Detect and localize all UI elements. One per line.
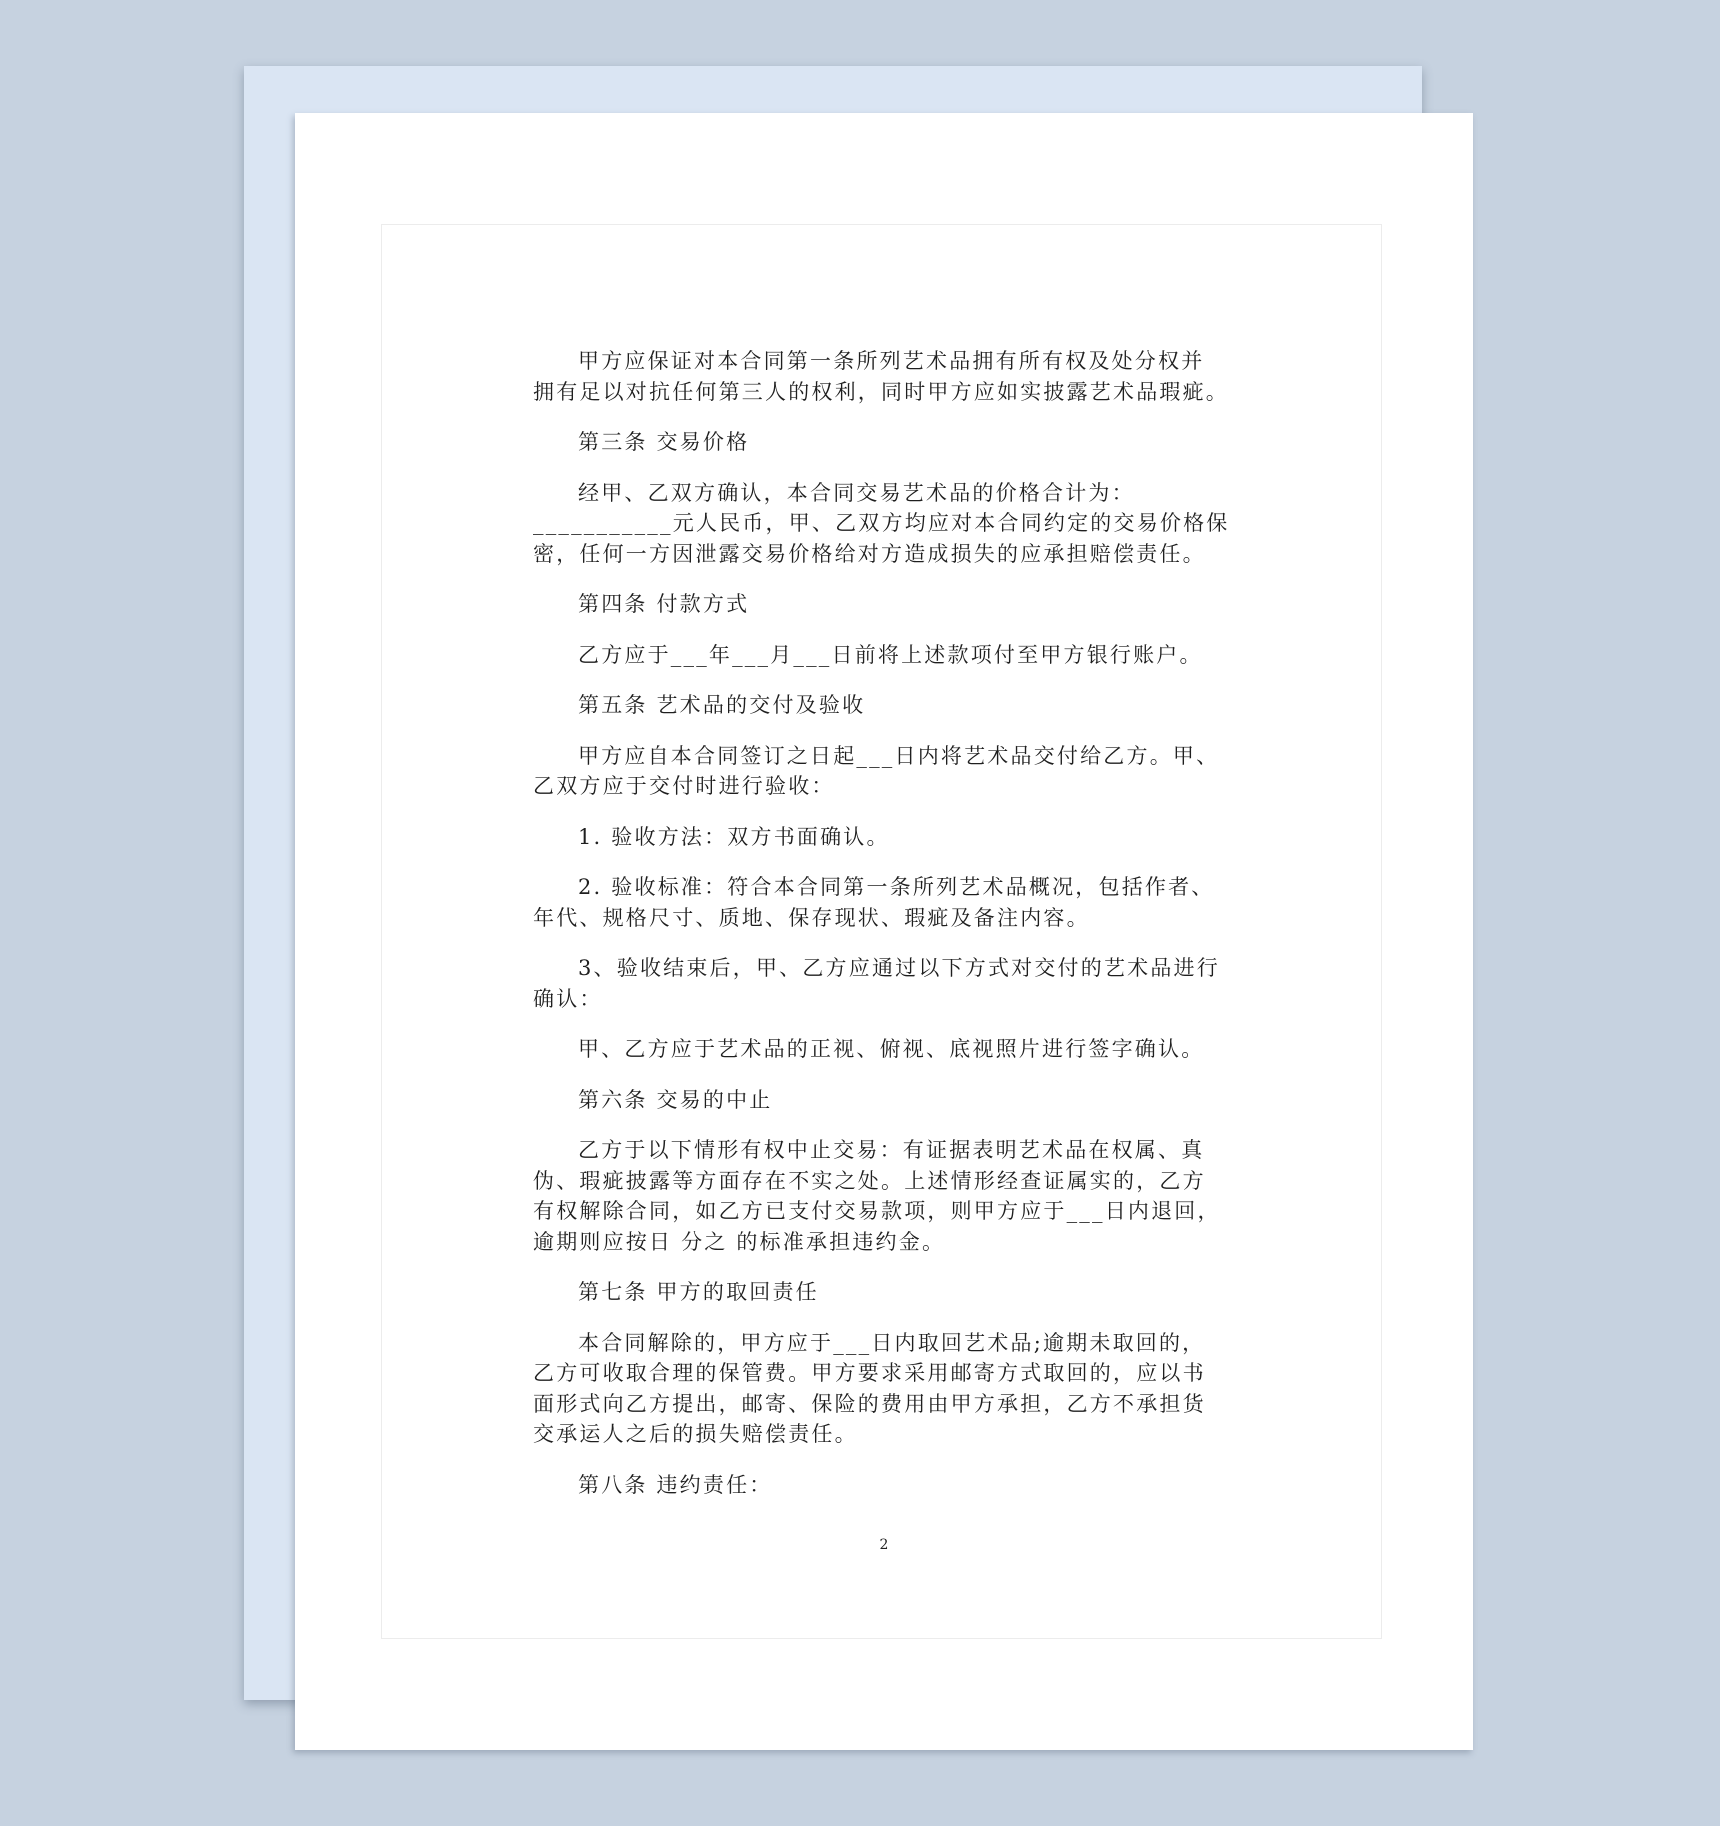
paragraph-ownership-warranty: 甲方应保证对本合同第一条所列艺术品拥有所有权及处分权并 拥有足以对抗任何第三人的… bbox=[533, 346, 1253, 407]
text-line: 拥有足以对抗任何第三人的权利，同时甲方应如实披露艺术品瑕疵。 bbox=[533, 377, 1253, 408]
text-line: 密，任何一方因泄露交易价格给对方造成损失的应承担赔偿责任。 bbox=[533, 539, 1253, 570]
text-line: 伪、瑕疵披露等方面存在不实之处。上述情形经查证属实的，乙方 bbox=[533, 1166, 1253, 1197]
heading-article-7: 第七条 甲方的取回责任 bbox=[533, 1277, 1253, 1308]
paragraph-photo-signing: 甲、乙方应于艺术品的正视、俯视、底视照片进行签字确认。 bbox=[533, 1034, 1253, 1065]
text-line: 年代、规格尺寸、质地、保存现状、瑕疵及备注内容。 bbox=[533, 903, 1253, 934]
text-line: 甲方应自本合同签订之日起___日内将艺术品交付给乙方。甲、 bbox=[533, 741, 1253, 772]
paragraph-termination: 乙方于以下情形有权中止交易：有证据表明艺术品在权属、真 伪、瑕疵披露等方面存在不… bbox=[533, 1135, 1253, 1257]
list-item-acceptance-method: 1. 验收方法：双方书面确认。 bbox=[533, 822, 1253, 853]
section-heading: 第七条 甲方的取回责任 bbox=[533, 1277, 1253, 1308]
paragraph-retrieval: 本合同解除的，甲方应于___日内取回艺术品;逾期未取回的， 乙方可收取合理的保管… bbox=[533, 1328, 1253, 1450]
list-item-acceptance-standard: 2. 验收标准：符合本合同第一条所列艺术品概况，包括作者、 年代、规格尺寸、质地… bbox=[533, 872, 1253, 933]
heading-article-6: 第六条 交易的中止 bbox=[533, 1085, 1253, 1116]
text-line: 甲方应保证对本合同第一条所列艺术品拥有所有权及处分权并 bbox=[533, 346, 1253, 377]
section-heading: 第八条 违约责任： bbox=[533, 1470, 1253, 1501]
page-number: 2 bbox=[295, 1537, 1473, 1553]
text-line: 有权解除合同，如乙方已支付交易款项，则甲方应于___日内退回， bbox=[533, 1196, 1253, 1227]
text-line: 2. 验收标准：符合本合同第一条所列艺术品概况，包括作者、 bbox=[533, 872, 1253, 903]
text-line: 乙双方应于交付时进行验收： bbox=[533, 771, 1253, 802]
document-page: 甲方应保证对本合同第一条所列艺术品拥有所有权及处分权并 拥有足以对抗任何第三人的… bbox=[295, 113, 1473, 1750]
text-line: 乙方应于___年___月___日前将上述款项付至甲方银行账户。 bbox=[533, 640, 1253, 671]
section-heading: 第六条 交易的中止 bbox=[533, 1085, 1253, 1116]
text-line: 3、验收结束后，甲、乙方应通过以下方式对交付的艺术品进行 bbox=[533, 953, 1253, 984]
text-line: 乙方于以下情形有权中止交易：有证据表明艺术品在权属、真 bbox=[533, 1135, 1253, 1166]
text-line: 交承运人之后的损失赔偿责任。 bbox=[533, 1419, 1253, 1450]
document-body: 甲方应保证对本合同第一条所列艺术品拥有所有权及处分权并 拥有足以对抗任何第三人的… bbox=[533, 346, 1253, 1520]
text-line: 甲、乙方应于艺术品的正视、俯视、底视照片进行签字确认。 bbox=[533, 1034, 1253, 1065]
list-item-acceptance-confirmation: 3、验收结束后，甲、乙方应通过以下方式对交付的艺术品进行 确认： bbox=[533, 953, 1253, 1014]
section-heading: 第三条 交易价格 bbox=[533, 427, 1253, 458]
text-line: 面形式向乙方提出，邮寄、保险的费用由甲方承担，乙方不承担货 bbox=[533, 1389, 1253, 1420]
text-line: 确认： bbox=[533, 984, 1253, 1015]
paragraph-price: 经甲、乙双方确认，本合同交易艺术品的价格合计为： ___________元人民币… bbox=[533, 478, 1253, 570]
text-line: 乙方可收取合理的保管费。甲方要求采用邮寄方式取回的，应以书 bbox=[533, 1358, 1253, 1389]
text-line: 逾期则应按日 分之 的标准承担违约金。 bbox=[533, 1227, 1253, 1258]
paragraph-payment: 乙方应于___年___月___日前将上述款项付至甲方银行账户。 bbox=[533, 640, 1253, 671]
heading-article-5: 第五条 艺术品的交付及验收 bbox=[533, 690, 1253, 721]
text-line: ___________元人民币，甲、乙双方均应对本合同约定的交易价格保 bbox=[533, 508, 1253, 539]
heading-article-4: 第四条 付款方式 bbox=[533, 589, 1253, 620]
text-line: 本合同解除的，甲方应于___日内取回艺术品;逾期未取回的， bbox=[533, 1328, 1253, 1359]
section-heading: 第五条 艺术品的交付及验收 bbox=[533, 690, 1253, 721]
text-line: 1. 验收方法：双方书面确认。 bbox=[533, 822, 1253, 853]
text-line: 经甲、乙双方确认，本合同交易艺术品的价格合计为： bbox=[533, 478, 1253, 509]
heading-article-8: 第八条 违约责任： bbox=[533, 1470, 1253, 1501]
paragraph-delivery: 甲方应自本合同签订之日起___日内将艺术品交付给乙方。甲、 乙双方应于交付时进行… bbox=[533, 741, 1253, 802]
heading-article-3: 第三条 交易价格 bbox=[533, 427, 1253, 458]
section-heading: 第四条 付款方式 bbox=[533, 589, 1253, 620]
